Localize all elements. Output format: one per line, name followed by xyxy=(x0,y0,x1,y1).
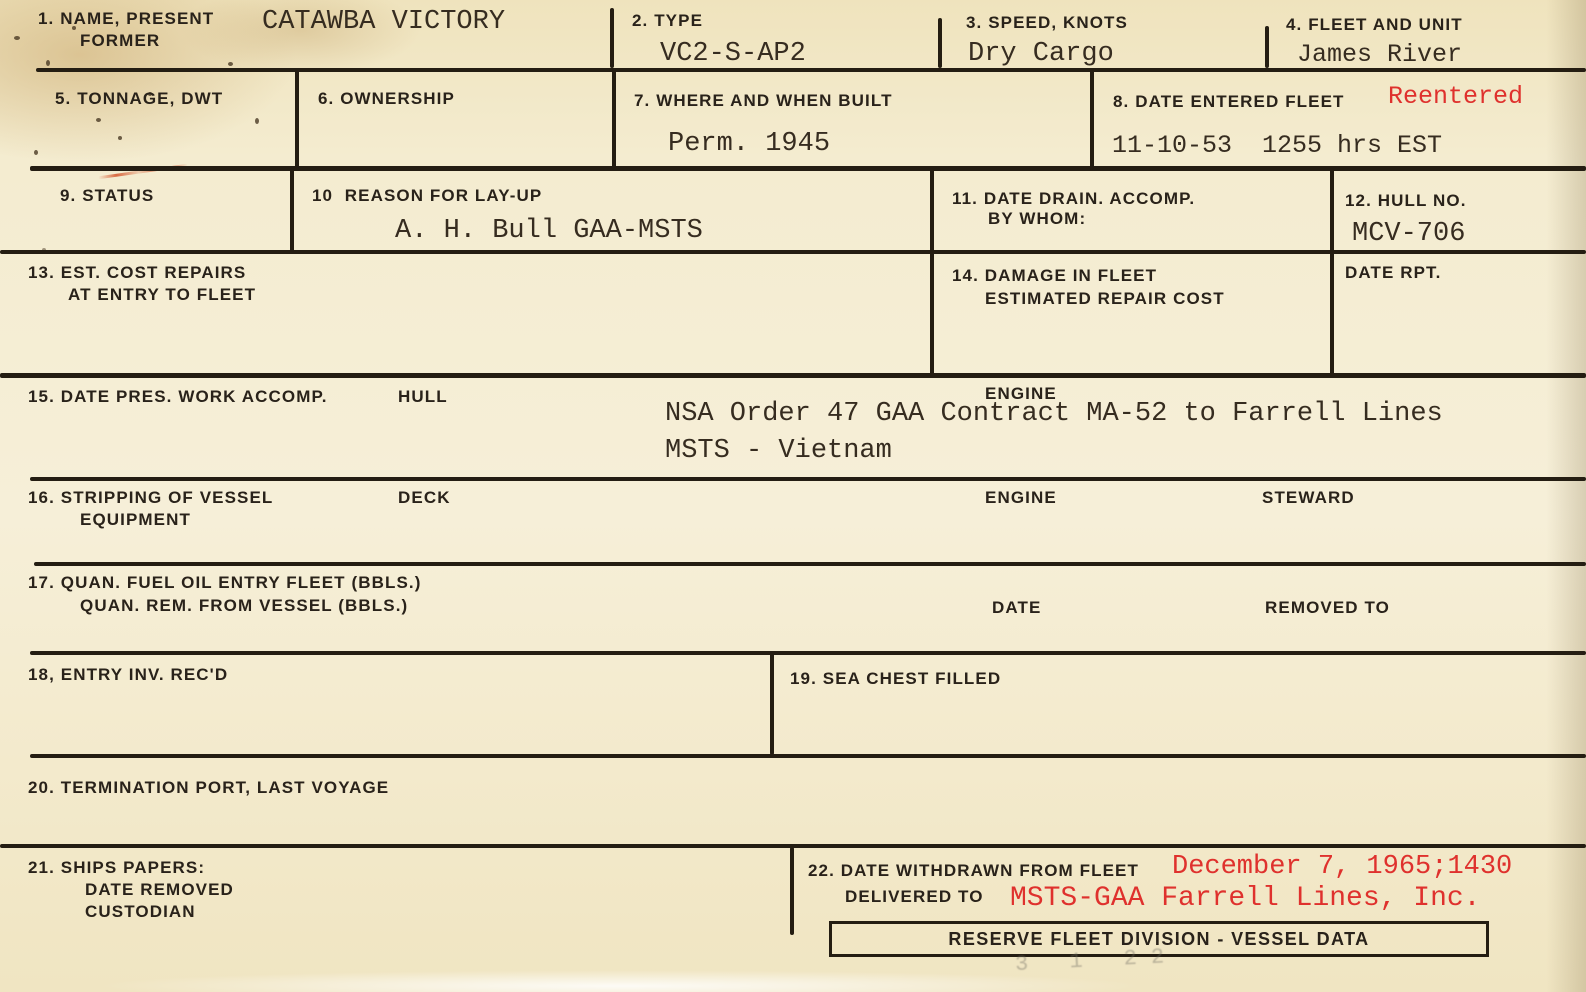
custodian-label: CUSTODIAN xyxy=(85,901,196,923)
grid-line xyxy=(30,166,1586,171)
fleet-unit-value: James River xyxy=(1297,40,1462,70)
name-present-label: 1. NAME, PRESENT xyxy=(38,8,214,30)
grid-line xyxy=(790,847,794,935)
paper-stain xyxy=(96,118,101,122)
entry-inv-recd-label: 18, ENTRY INV. REC'D xyxy=(28,664,228,686)
grid-line xyxy=(1265,26,1269,68)
speed-knots-label: 3. SPEED, KNOTS xyxy=(966,12,1128,34)
engine-sub-label: ENGINE xyxy=(985,487,1057,509)
grid-line xyxy=(30,477,1586,481)
where-when-built-label: 7. WHERE AND WHEN BUILT xyxy=(634,90,893,112)
estimated-repair-cost-label: ESTIMATED REPAIR COST xyxy=(985,288,1225,310)
ship-name-value: CATAWBA VICTORY xyxy=(262,6,505,38)
grid-line xyxy=(0,373,1586,378)
date-withdrawn-label: 22. DATE WITHDRAWN FROM FLEET xyxy=(808,860,1139,882)
paper-stain xyxy=(34,150,38,155)
deck-sub-label: DECK xyxy=(398,487,451,509)
grid-line xyxy=(612,70,616,168)
paper-stain xyxy=(46,60,50,66)
speed-value: Dry Cargo xyxy=(968,38,1114,70)
date-entered-fleet-value: 11-10-53 1255 hrs EST xyxy=(1112,131,1442,161)
date-withdrawn-value: December 7, 1965;1430 xyxy=(1172,851,1512,883)
grid-line xyxy=(1090,70,1094,168)
fuel-oil-entry-label: 17. QUAN. FUEL OIL ENTRY FLEET (BBLS.) xyxy=(28,572,421,594)
paper-stain xyxy=(14,36,20,40)
grid-line xyxy=(0,250,1586,254)
removed-to-sub-label: REMOVED TO xyxy=(1265,597,1390,619)
damage-in-fleet-label: 14. DAMAGE IN FLEET xyxy=(952,265,1157,287)
stripping-vessel-label: 16. STRIPPING OF VESSEL xyxy=(28,487,273,509)
tonnage-label: 5. TONNAGE, DWT xyxy=(55,88,223,110)
delivered-to-value: MSTS-GAA Farrell Lines, Inc. xyxy=(1010,882,1480,916)
grid-line xyxy=(30,754,1586,758)
reason-layup-value: A. H. Bull GAA-MSTS xyxy=(395,215,703,247)
grid-line xyxy=(930,168,934,375)
date-rpt-label: DATE RPT. xyxy=(1345,262,1441,284)
hull-no-label: 12. HULL NO. xyxy=(1345,190,1467,212)
termination-port-label: 20. TERMINATION PORT, LAST VOYAGE xyxy=(28,777,389,799)
fleet-unit-label: 4. FLEET AND UNIT xyxy=(1286,14,1463,36)
date-drain-label: 11. DATE DRAIN. ACCOMP. xyxy=(952,188,1195,210)
ships-papers-label: 21. SHIPS PAPERS: xyxy=(28,857,205,879)
paper-stain xyxy=(118,136,122,140)
reentered-stamp: Reentered xyxy=(1388,82,1523,112)
type-label: 2. TYPE xyxy=(632,10,703,32)
date-entered-fleet-label: 8. DATE ENTERED FLEET xyxy=(1113,91,1345,113)
hull-sub-label: HULL xyxy=(398,386,448,408)
equipment-label: EQUIPMENT xyxy=(80,509,191,531)
delivered-to-label: DELIVERED TO xyxy=(845,886,984,908)
grid-line xyxy=(34,562,1586,566)
paper-stain xyxy=(255,118,259,124)
nsa-order-value: NSA Order 47 GAA Contract MA-52 to Farre… xyxy=(665,398,1443,430)
ownership-label: 6. OWNERSHIP xyxy=(318,88,455,110)
grid-line xyxy=(770,652,774,755)
vessel-data-card: 1. NAME, PRESENT FORMER CATAWBA VICTORY … xyxy=(0,0,1586,992)
type-value: VC2-S-AP2 xyxy=(660,38,806,70)
built-value: Perm. 1945 xyxy=(668,128,830,160)
grid-line xyxy=(1330,168,1334,375)
by-whom-label: BY WHOM: xyxy=(988,208,1086,230)
est-cost-repairs-label: 13. EST. COST REPAIRS xyxy=(28,262,246,284)
date-removed-label: DATE REMOVED xyxy=(85,879,234,901)
steward-sub-label: STEWARD xyxy=(1262,487,1355,509)
grid-line xyxy=(610,8,614,68)
grid-line xyxy=(938,18,942,68)
date-pres-work-label: 15. DATE PRES. WORK ACCOMP. xyxy=(28,386,328,408)
name-former-label: FORMER xyxy=(80,30,160,52)
paper-stain xyxy=(228,62,233,66)
quan-rem-vessel-label: QUAN. REM. FROM VESSEL (BBLS.) xyxy=(80,595,408,617)
at-entry-fleet-label: AT ENTRY TO FLEET xyxy=(68,284,256,306)
date-sub-label: DATE xyxy=(992,597,1041,619)
reason-layup-label: 10 REASON FOR LAY-UP xyxy=(312,185,542,207)
grid-line xyxy=(295,70,299,168)
grid-line xyxy=(290,168,294,252)
hull-no-value: MCV-706 xyxy=(1352,218,1465,250)
sea-chest-filled-label: 19. SEA CHEST FILLED xyxy=(790,668,1001,690)
grid-line xyxy=(30,651,1586,655)
msts-vietnam-value: MSTS - Vietnam xyxy=(665,435,892,467)
status-label: 9. STATUS xyxy=(60,185,154,207)
